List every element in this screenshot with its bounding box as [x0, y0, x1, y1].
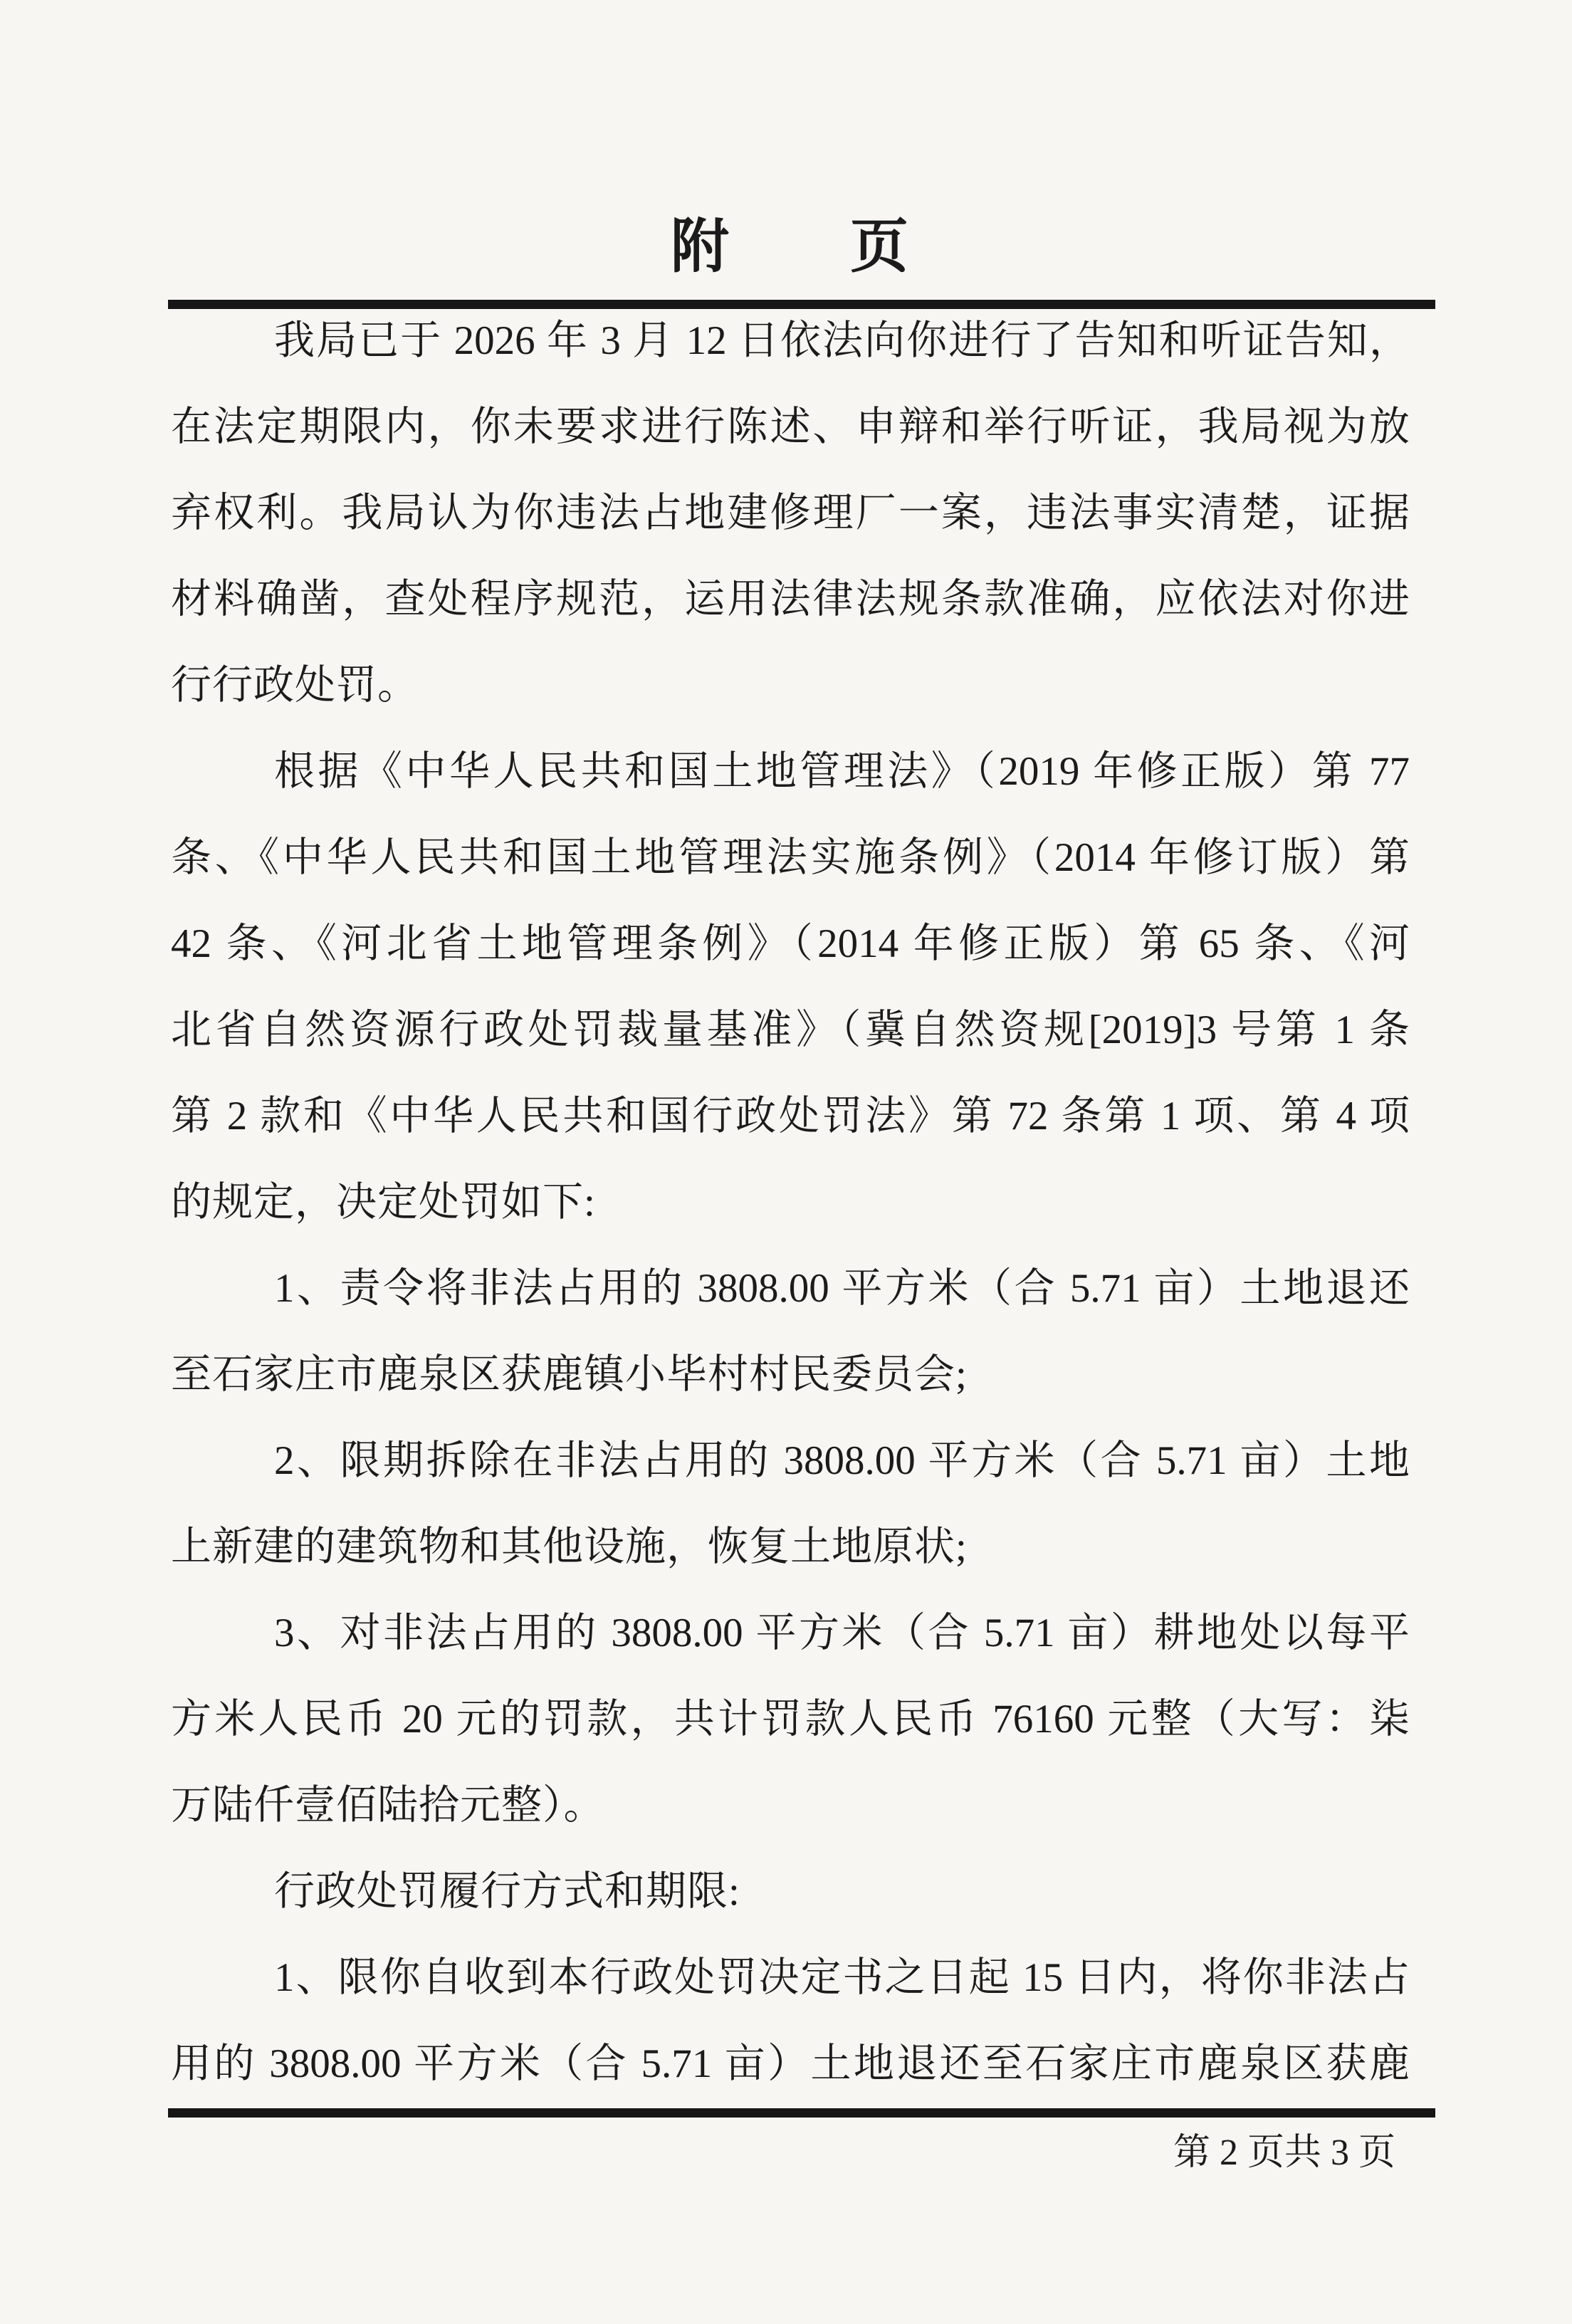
text-line-7: 条、《中华人民共和国土地管理法实施条例》（2014 年修订版）第	[171, 815, 1410, 901]
page-title: 附 页	[171, 208, 1410, 286]
scanned-document-page: 附 页 我局已于 2026 年 3 月 12 日依法向你进行了告知和听证告知，在…	[0, 0, 1572, 2324]
text-line-4: 材料确凿，查处程序规范，运用法律法规条款准确，应依法对你进	[171, 556, 1410, 642]
text-line-20: 1、限你自收到本行政处罚决定书之日起 15 日内，将你非法占	[171, 1935, 1410, 2021]
text-line-21: 用的 3808.00 平方米（合 5.71 亩）土地退还至石家庄市鹿泉区获鹿	[171, 2021, 1410, 2107]
text-line-11: 的规定，决定处罚如下:	[171, 1159, 1410, 1245]
page-number: 第 2 页共 3 页	[171, 2131, 1435, 2175]
text-line-16: 3、对非法占用的 3808.00 平方米（合 5.71 亩）耕地处以每平	[171, 1590, 1410, 1676]
text-line-6: 根据《中华人民共和国土地管理法》（2019 年修正版）第 77	[171, 728, 1410, 815]
text-line-2: 在法定期限内，你未要求进行陈述、申辩和举行听证，我局视为放	[171, 384, 1410, 470]
text-line-12: 1、责令将非法占用的 3808.00 平方米（合 5.71 亩）土地退还	[171, 1245, 1410, 1331]
text-line-8: 42 条、《河北省土地管理条例》（2014 年修正版）第 65 条、《河	[171, 901, 1410, 987]
text-line-15: 上新建的建筑物和其他设施，恢复土地原状;	[171, 1504, 1410, 1590]
text-line-9: 北省自然资源行政处罚裁量基准》（冀自然资规[2019]3 号第 1 条	[171, 987, 1410, 1073]
text-line-18: 万陆仟壹佰陆拾元整）。	[171, 1762, 1410, 1848]
text-line-13: 至石家庄市鹿泉区获鹿镇小毕村村民委员会;	[171, 1331, 1410, 1418]
text-line-5: 行行政处罚。	[171, 642, 1410, 728]
text-line-14: 2、限期拆除在非法占用的 3808.00 平方米（合 5.71 亩）土地	[171, 1418, 1410, 1504]
text-line-3: 弃权利。我局认为你违法占地建修理厂一案，违法事实清楚，证据	[171, 470, 1410, 556]
footer-divider-line	[168, 2108, 1435, 2118]
text-line-19: 行政处罚履行方式和期限:	[171, 1848, 1410, 1935]
document-body: 我局已于 2026 年 3 月 12 日依法向你进行了告知和听证告知，在法定期限…	[171, 298, 1410, 2107]
text-line-17: 方米人民币 20 元的罚款，共计罚款人民币 76160 元整（大写：柒	[171, 1676, 1410, 1762]
text-line-10: 第 2 款和《中华人民共和国行政处罚法》第 72 条第 1 项、第 4 项	[171, 1073, 1410, 1159]
text-line-1: 我局已于 2026 年 3 月 12 日依法向你进行了告知和听证告知，	[171, 298, 1410, 384]
